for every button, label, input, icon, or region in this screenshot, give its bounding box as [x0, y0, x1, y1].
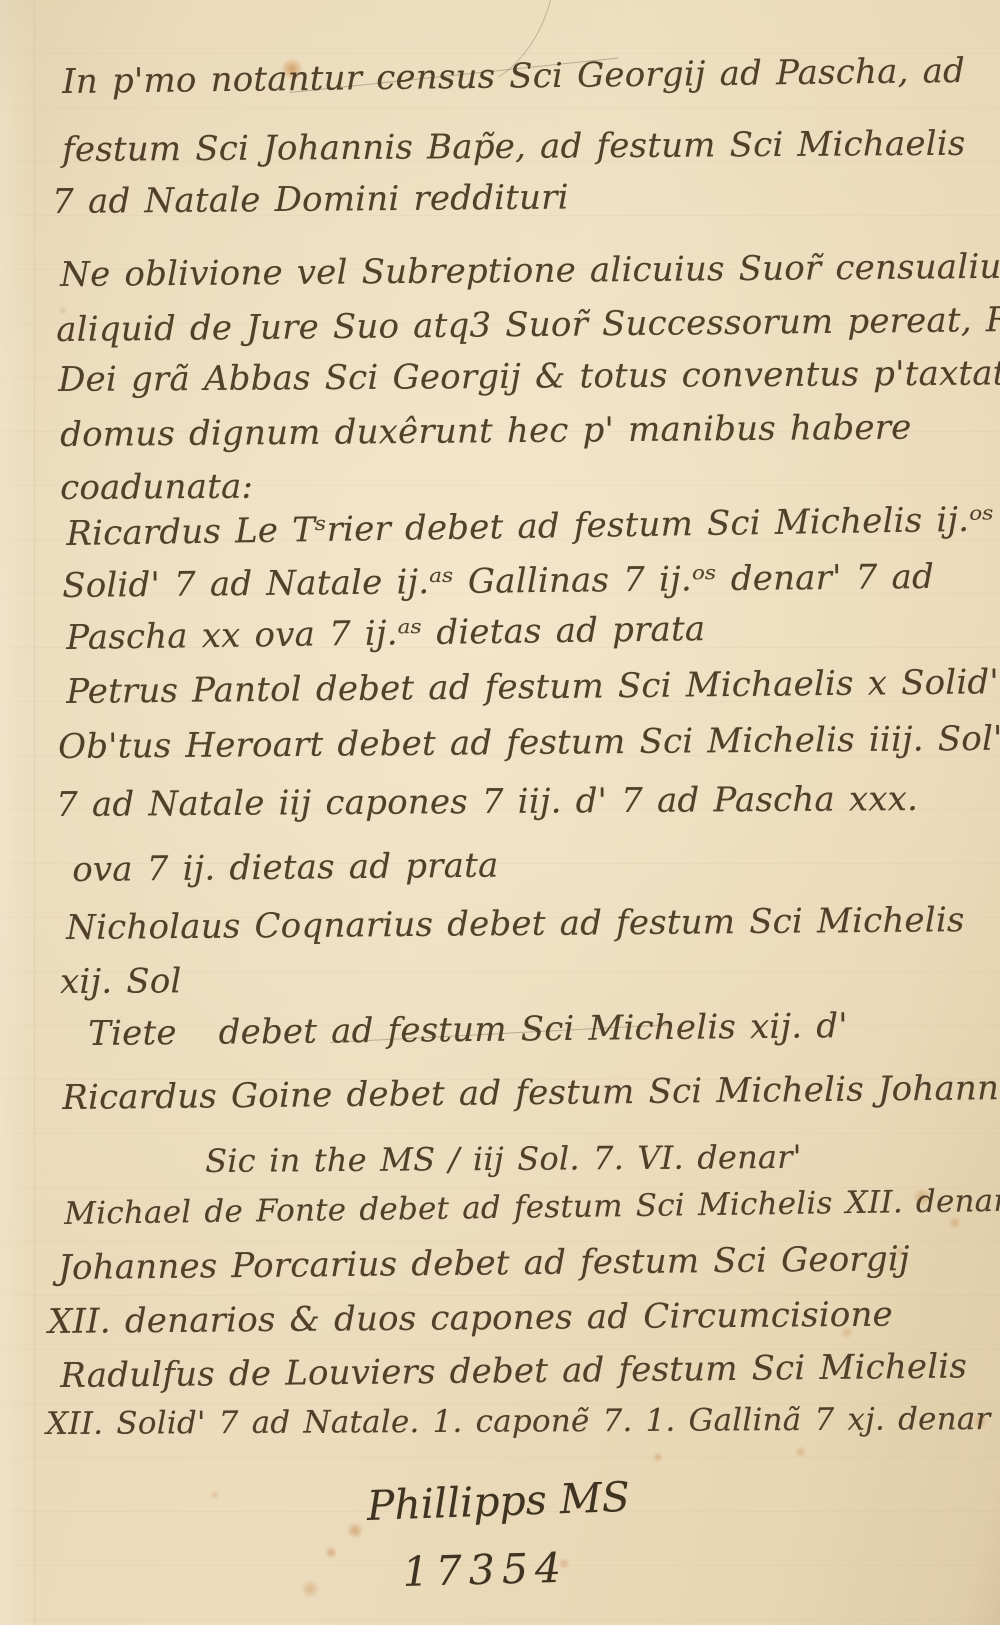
foxing-stain — [652, 1452, 664, 1463]
foxing-stain — [794, 1446, 807, 1458]
page-left-edge — [0, 0, 35, 1625]
manuscript-line: Pascha xx ova 7 ij.ᵃˢ dietas ad prata — [66, 609, 706, 659]
manuscript-line: Tiete debet ad festum Sci Michelis xij. … — [88, 1006, 848, 1055]
manuscript-annotation-line: Sic in the MS / iij Sol. 7. VI. denar' — [205, 1138, 802, 1181]
manuscript-line: Petrus Pantol debet ad festum Sci Michae… — [66, 662, 999, 713]
manuscript-line: XII. Solid' 7 ad Natale. 1. caponẽ 7. 1.… — [46, 1401, 991, 1443]
manuscript-line: aliquid de Jure Suo atq3 Suor̃ Successor… — [56, 300, 1000, 351]
manuscript-line: Ne oblivione vel Subreptione alicuius Su… — [60, 247, 1000, 296]
manuscript-line: Ob'tus Heroart debet ad festum Sci Miche… — [58, 719, 1000, 768]
manuscript-line: Ricardus Goine debet ad festum Sci Miche… — [62, 1068, 1000, 1119]
manuscript-line: XII. denarios & duos capones ad Circumci… — [48, 1295, 893, 1343]
manuscript-line: festum Sci Johannis Bap̃e, ad festum Sci… — [62, 124, 966, 171]
manuscript-line: ova 7 ij. dietas ad prata — [72, 846, 499, 891]
manuscript-line: Nicholaus Coqnarius debet ad festum Sci … — [66, 900, 965, 949]
manuscript-line: In p'mo notantur census Sci Georgij ad P… — [62, 51, 965, 103]
manuscript-line: Solid' 7 ad Natale ij.ᵃˢ Gallinas 7 ij.ᵒ… — [62, 557, 934, 607]
manuscript-line: Johannes Porcarius debet ad festum Sci G… — [58, 1239, 910, 1289]
manuscript-line: Dei grã Abbas Sci Georgij & totus conven… — [58, 353, 1000, 401]
manuscript-line: Michael de Fonte debet ad festum Sci Mic… — [64, 1183, 1000, 1233]
collection-mark: Phillipps MS — [366, 1473, 631, 1530]
foxing-stain — [346, 1522, 364, 1539]
manuscript-line: 7 ad Natale iij capones 7 iij. d' 7 ad P… — [56, 779, 918, 826]
manuscript-line: 7 ad Natale Domini reddituri — [52, 177, 569, 222]
manuscript-line: Radulfus de Louviers debet ad festum Sci… — [60, 1347, 967, 1397]
manuscript-number: 17354 — [402, 1544, 569, 1596]
foxing-stain — [300, 1580, 320, 1598]
foxing-stain — [324, 1546, 338, 1559]
manuscript-line: domus dignum duxêrunt hec p' manibus hab… — [60, 408, 912, 456]
manuscript-page: In p'mo notantur census Sci Georgij ad P… — [0, 0, 1000, 1625]
manuscript-line: xij. Sol — [60, 961, 182, 1002]
foxing-stain — [210, 1490, 220, 1500]
manuscript-line: coadunata: — [60, 467, 253, 509]
